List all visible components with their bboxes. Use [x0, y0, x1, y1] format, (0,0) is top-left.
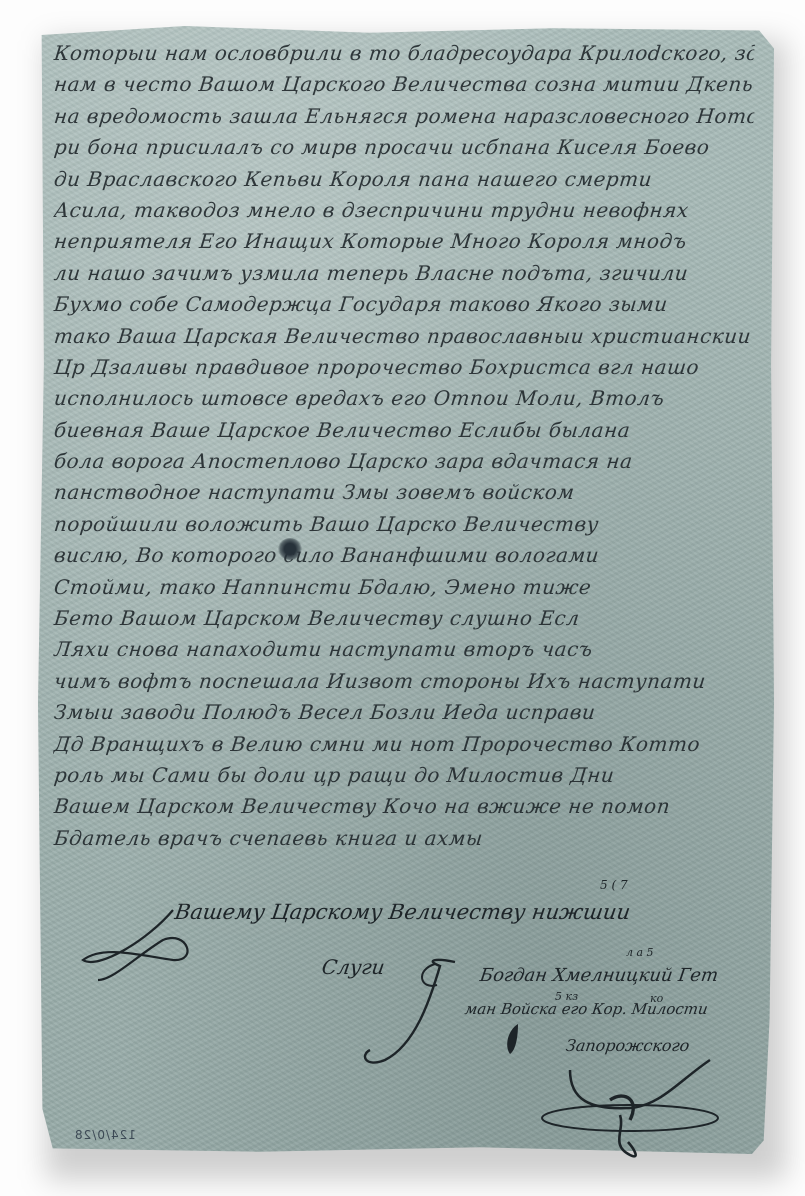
body-line: панстводное наступати Змы зовемъ войском — [52, 477, 755, 508]
body-line: Ляхи снова напаходити наступати вторъ ча… — [52, 634, 755, 665]
archive-number: 124/0/28 — [74, 1128, 136, 1142]
body-line: роль мы Сами бы доли цр ращи до Милостив… — [52, 760, 755, 791]
body-line: неприятеля Его Инащих Которые Много Коро… — [52, 226, 755, 257]
body-line: бола ворога Апостеплово Царско зара вдач… — [52, 446, 755, 477]
body-line: Бето Вашом Царском Величеству слушно Есл — [52, 603, 755, 634]
body-line: Бухмо собе Самодержца Государя таково Як… — [52, 289, 755, 320]
body-line: Змыи заводи Полюдъ Весел Бозли Иеда испр… — [52, 697, 755, 728]
signature-ink-mark-icon — [500, 1020, 530, 1060]
body-line: вислю, Во которого сило Вананфшими волог… — [52, 540, 755, 571]
body-line: Асила, такводоз мнело в дзеспричини труд… — [52, 195, 755, 226]
signature-host-line: Запорожского — [565, 1036, 691, 1055]
closing-line: Вашему Царскому Величеству нижшии — [173, 900, 632, 924]
body-line: Цр Дзаливы правдивое пророчество Бохрист… — [52, 352, 755, 383]
body-line: нам в често Вашом Царского Величества со… — [52, 69, 755, 100]
body-line: Стойми, тако Наппинсти Бдалю, Эмено тиже — [52, 572, 755, 603]
left-flourish-icon — [78, 900, 218, 990]
body-line: ли нашо зачимъ узмила теперь Власне подъ… — [52, 258, 755, 289]
body-line: Которыи нам ословбрили в то бладресоудар… — [52, 38, 755, 69]
body-line: на вредомость зашла Ельнягся ромена нара… — [52, 101, 755, 132]
ink-blot — [278, 538, 302, 560]
body-line: Дд Вранщихъ в Велию смни ми нот Пророчес… — [52, 729, 755, 760]
signature-superscript: 5 кз — [555, 990, 578, 1003]
body-line: тако Ваша Царская Величество православны… — [52, 321, 755, 352]
body-line: ди Враславского Кепьви Короля пана нашег… — [52, 164, 755, 195]
body-line: поройшили воложить Вашо Царско Величеств… — [52, 509, 755, 540]
body-line: биевная Ваше Царское Величество Еслибы б… — [52, 415, 755, 446]
body-line: исполнилось штовсе вредахъ его Отпои Мол… — [52, 383, 755, 414]
signature-title-line: ман Войска его Кор. Милости — [464, 1000, 709, 1018]
body-line: чимъ вофтъ поспешала Иизвот стороны Ихъ … — [52, 666, 755, 697]
signature-name-line: Богдан Хмелницкий Гет — [479, 965, 720, 986]
signature-superscript: л а 5 — [626, 946, 654, 959]
body-line: Вашем Царском Величеству Кочо на вжиже н… — [52, 791, 755, 822]
body-line: Бдатель врачъ счепаевь книга и ахмы — [52, 823, 755, 854]
body-line: ри бона присилалъ со мирв просачи исбпан… — [52, 132, 755, 163]
closing-superscript: 5 ( 7 — [600, 878, 628, 892]
letter-body: Которыи нам ословбрили в то бладресоудар… — [54, 38, 754, 854]
signature-superscript: ко — [650, 992, 663, 1005]
signature-flourish-icon — [530, 1060, 720, 1160]
